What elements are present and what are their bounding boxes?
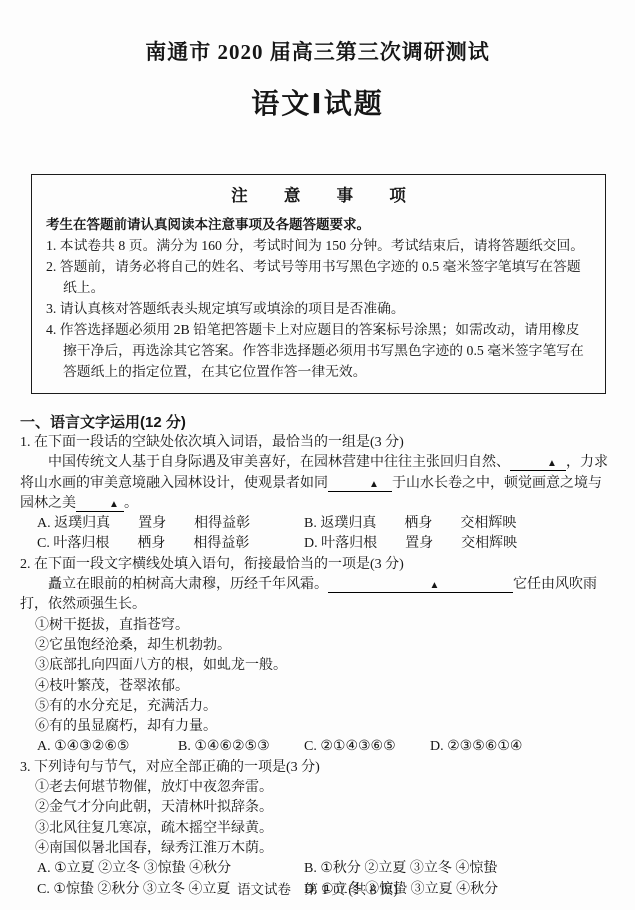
- q3-option-b: B. ①秋分 ②立夏 ③立冬 ④惊蛰: [304, 859, 497, 879]
- q1-blank-marker-3: ▲: [76, 498, 124, 512]
- q1-option-d: D. 叶落归根 置身 交相辉映: [304, 534, 517, 554]
- q3-verse-4: ④南国似暑北国春，绿秀江淮万木荫。: [35, 839, 609, 859]
- q2-sentence-4: ④枝叶繁茂，苍翠浓郁。: [35, 677, 609, 697]
- q3-verse-3: ③北风往复几寒凉，疏木摇空半绿黄。: [35, 819, 609, 839]
- q1-blank-marker-2: ▲: [328, 478, 392, 492]
- q2-sentence-3: ③底部扎向四面八方的根，如虬龙一般。: [35, 656, 609, 676]
- section-heading: 一、语言文字运用(12 分): [20, 412, 609, 433]
- question-2-options-row: A. ①④③②⑥⑤ B. ①④⑥②⑤③ C. ②①④③⑥⑤ D. ②③⑤⑥①④: [37, 737, 609, 757]
- q1-passage-text-4: 。: [124, 496, 138, 511]
- notice-item-3: 3. 请认真核对答题纸表头规定填写或填涂的项目是否准确。: [46, 298, 591, 319]
- section-language-use: 一、语言文字运用(12 分) 1. 在下面一段话的空缺处依次填入词语，最恰当的一…: [20, 412, 609, 900]
- page-footer: 语文试卷 第 1 页 (共 8 页): [0, 878, 635, 898]
- question-3-stem: 3. 下列诗句与节气，对应全部正确的一项是(3 分): [20, 758, 609, 778]
- question-1-options-row-2: C. 叶落归根 栖身 相得益彰 D. 叶落归根 置身 交相辉映: [37, 534, 609, 554]
- notice-box: 注 意 事 项 考生在答题前请认真阅读本注意事项及各题答题要求。 1. 本试卷共…: [31, 174, 606, 394]
- q2-sentence-5: ⑤有的水分充足，充满活力。: [35, 697, 609, 717]
- notice-intro: 考生在答题前请认真阅读本注意事项及各题答题要求。: [46, 214, 591, 235]
- q3-verse-1: ①老去何堪节物催，放灯中夜忽奔雷。: [35, 778, 609, 798]
- notice-item-4: 4. 作答选择题必须用 2B 铅笔把答题卡上对应题目的答案标号涂黑；如需改动，请…: [46, 319, 591, 382]
- notice-item-1: 1. 本试卷共 8 页。满分为 160 分，考试时间为 150 分钟。考试结束后…: [46, 235, 591, 256]
- q2-option-c: C. ②①④③⑥⑤: [304, 737, 430, 757]
- question-2-sentences: ①树干挺拔，直指苍穹。 ②它虽饱经沧桑，却生机勃勃。 ③底部扎向四面八方的根，如…: [35, 616, 609, 738]
- q1-option-a: A. 返璞归真 置身 相得益彰: [37, 514, 304, 534]
- question-2-passage: 矗立在眼前的柏树高大肃穆，历经千年风霜。▲它任由风吹雨打，依然顽强生长。: [20, 575, 609, 616]
- q2-sentence-1: ①树干挺拔，直指苍穹。: [35, 616, 609, 636]
- q1-option-c: C. 叶落归根 栖身 相得益彰: [37, 534, 304, 554]
- question-1-passage: 中国传统文人基于自身际遇及审美喜好，在园林营建中往往主张回归自然、▲，力求将山水…: [20, 453, 609, 514]
- question-3-verses: ①老去何堪节物催，放灯中夜忽奔雷。 ②金气才分向此朝，天清林叶拟辞条。 ③北风往…: [35, 778, 609, 859]
- q2-option-d: D. ②③⑤⑥①④: [430, 737, 522, 757]
- q2-sentence-2: ②它虽饱经沧桑，却生机勃勃。: [35, 636, 609, 656]
- q2-passage-text-1: 矗立在眼前的柏树高大肃穆，历经千年风霜。: [48, 577, 328, 592]
- exam-title-line1: 南通市 2020 届高三第三次调研测试: [0, 0, 635, 66]
- q2-option-b: B. ①④⑥②⑤③: [178, 737, 304, 757]
- exam-paper-page: 南通市 2020 届高三第三次调研测试 语文Ⅰ试题 注 意 事 项 考生在答题前…: [0, 0, 635, 910]
- q1-blank-marker-1: ▲: [510, 457, 566, 471]
- q3-option-a: A. ①立夏 ②立冬 ③惊蛰 ④秋分: [37, 859, 304, 879]
- q2-sentence-6: ⑥有的虽显腐朽，却有力量。: [35, 717, 609, 737]
- q3-verse-2: ②金气才分向此朝，天清林叶拟辞条。: [35, 798, 609, 818]
- q1-option-b: B. 返璞归真 栖身 交相辉映: [304, 514, 516, 534]
- q2-option-a: A. ①④③②⑥⑤: [37, 737, 178, 757]
- q1-passage-text-1: 中国传统文人基于自身际遇及审美喜好，在园林营建中往往主张回归自然、: [48, 455, 510, 470]
- exam-title-line2: 语文Ⅰ试题: [0, 82, 635, 122]
- question-3-options-row-1: A. ①立夏 ②立冬 ③惊蛰 ④秋分 B. ①秋分 ②立夏 ③立冬 ④惊蛰: [37, 859, 609, 879]
- question-1-stem: 1. 在下面一段话的空缺处依次填入词语，最恰当的一组是(3 分): [20, 433, 609, 453]
- question-2-stem: 2. 在下面一段文字横线处填入语句，衔接最恰当的一项是(3 分): [20, 555, 609, 575]
- notice-title: 注 意 事 项: [46, 184, 591, 208]
- notice-item-2: 2. 答题前，请务必将自己的姓名、考试号等用书写黑色字迹的 0.5 毫米签字笔填…: [46, 256, 591, 298]
- question-1-options-row-1: A. 返璞归真 置身 相得益彰 B. 返璞归真 栖身 交相辉映: [37, 514, 609, 534]
- q2-blank-marker: ▲: [328, 579, 513, 593]
